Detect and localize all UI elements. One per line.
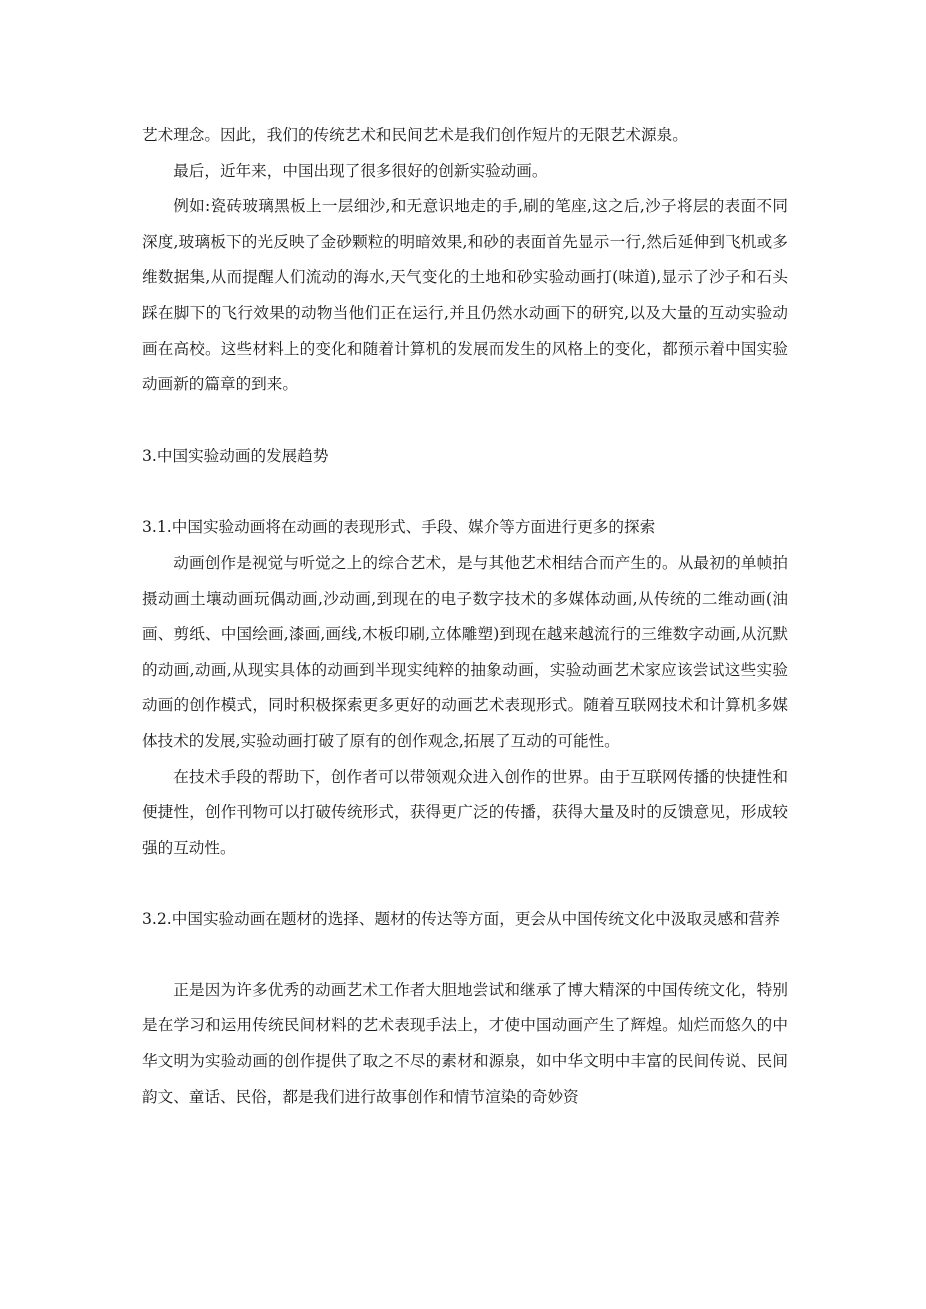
subsection-heading: 3.2.中国实验动画在题材的选择、题材的传达等方面，更会从中国传统文化中汲取灵感…	[142, 902, 788, 938]
paragraph: 在技术手段的帮助下，创作者可以带领观众进入创作的世界。由于互联网传播的快捷性和便…	[142, 760, 788, 867]
paragraph: 正是因为许多优秀的动画艺术工作者大胆地尝试和继承了博大精深的中国传统文化，特别是…	[142, 973, 788, 1115]
document-page: 艺术理念。因此，我们的传统艺术和民间艺术是我们创作短片的无限艺术源泉。 最后，近…	[142, 118, 788, 1115]
spacer	[142, 866, 788, 902]
paragraph-continuation: 艺术理念。因此，我们的传统艺术和民间艺术是我们创作短片的无限艺术源泉。	[142, 118, 788, 154]
spacer	[142, 474, 788, 510]
paragraph: 例如:瓷砖玻璃黑板上一层细沙,和无意识地走的手,刷的笔座,这之后,沙子将层的表面…	[142, 189, 788, 403]
spacer	[142, 938, 788, 973]
subsection-heading: 3.1.中国实验动画将在动画的表现形式、手段、媒介等方面进行更多的探索	[142, 510, 788, 546]
spacer	[142, 403, 788, 439]
paragraph: 最后，近年来，中国出现了很多很好的创新实验动画。	[142, 154, 788, 190]
section-heading: 3.中国实验动画的发展趋势	[142, 439, 788, 475]
paragraph: 动画创作是视觉与听觉之上的综合艺术，是与其他艺术相结合而产生的。从最初的单帧拍摄…	[142, 546, 788, 760]
